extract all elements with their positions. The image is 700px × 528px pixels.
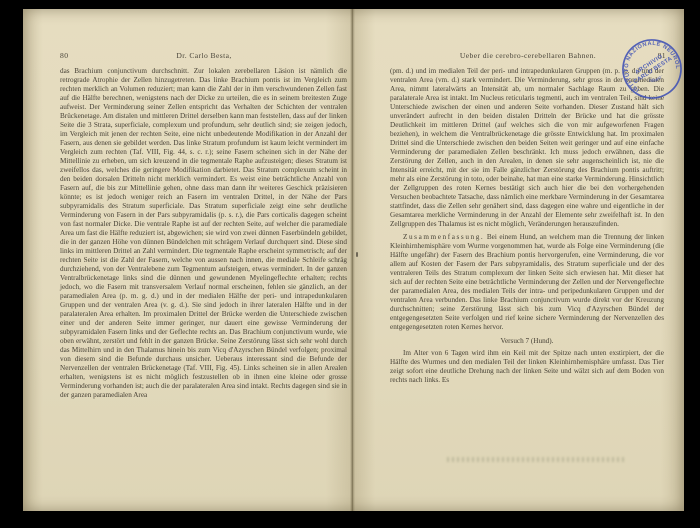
experiment-heading: Versuch 7 (Hund).: [390, 337, 664, 346]
page-right: Ueber die cerebro-cerebellaren Bahnen. 8…: [352, 9, 684, 511]
summary-paragraph: Zusammenfassung. Bei einem Hund, an welc…: [390, 233, 664, 332]
summary-body: Bei einem Hund, an welchem man die Trenn…: [390, 233, 664, 331]
left-running-title: Dr. Carlo Besta,: [94, 51, 314, 60]
left-page-body: das Brachium conjunctivum durchschnitt. …: [60, 67, 347, 400]
experiment-paragraph: Im Alter von 6 Tagen wird ihm ein Keil m…: [390, 349, 664, 385]
ink-bleed-through: [447, 457, 627, 462]
archive-stamp: ISTITUTO NAZIONALE NEUROLOGICO ARCHIVIO …: [606, 23, 684, 115]
scanned-book-spread: 80 Dr. Carlo Besta, das Brachium conjunc…: [0, 0, 700, 528]
right-running-title: Ueber die cerebro-cerebellaren Bahnen.: [424, 51, 632, 60]
left-page-number: 80: [60, 51, 94, 60]
page-left: 80 Dr. Carlo Besta, das Brachium conjunc…: [23, 9, 352, 511]
book-pages: 80 Dr. Carlo Besta, das Brachium conjunc…: [23, 9, 684, 511]
scan-speck: [356, 252, 358, 257]
summary-heading: Zusammenfassung.: [403, 233, 484, 241]
stamp-icon: ISTITUTO NAZIONALE NEUROLOGICO ARCHIVIO …: [606, 23, 684, 115]
left-page-header: 80 Dr. Carlo Besta,: [60, 51, 348, 60]
left-paragraph: das Brachium conjunctivum durchschnitt. …: [60, 67, 347, 400]
